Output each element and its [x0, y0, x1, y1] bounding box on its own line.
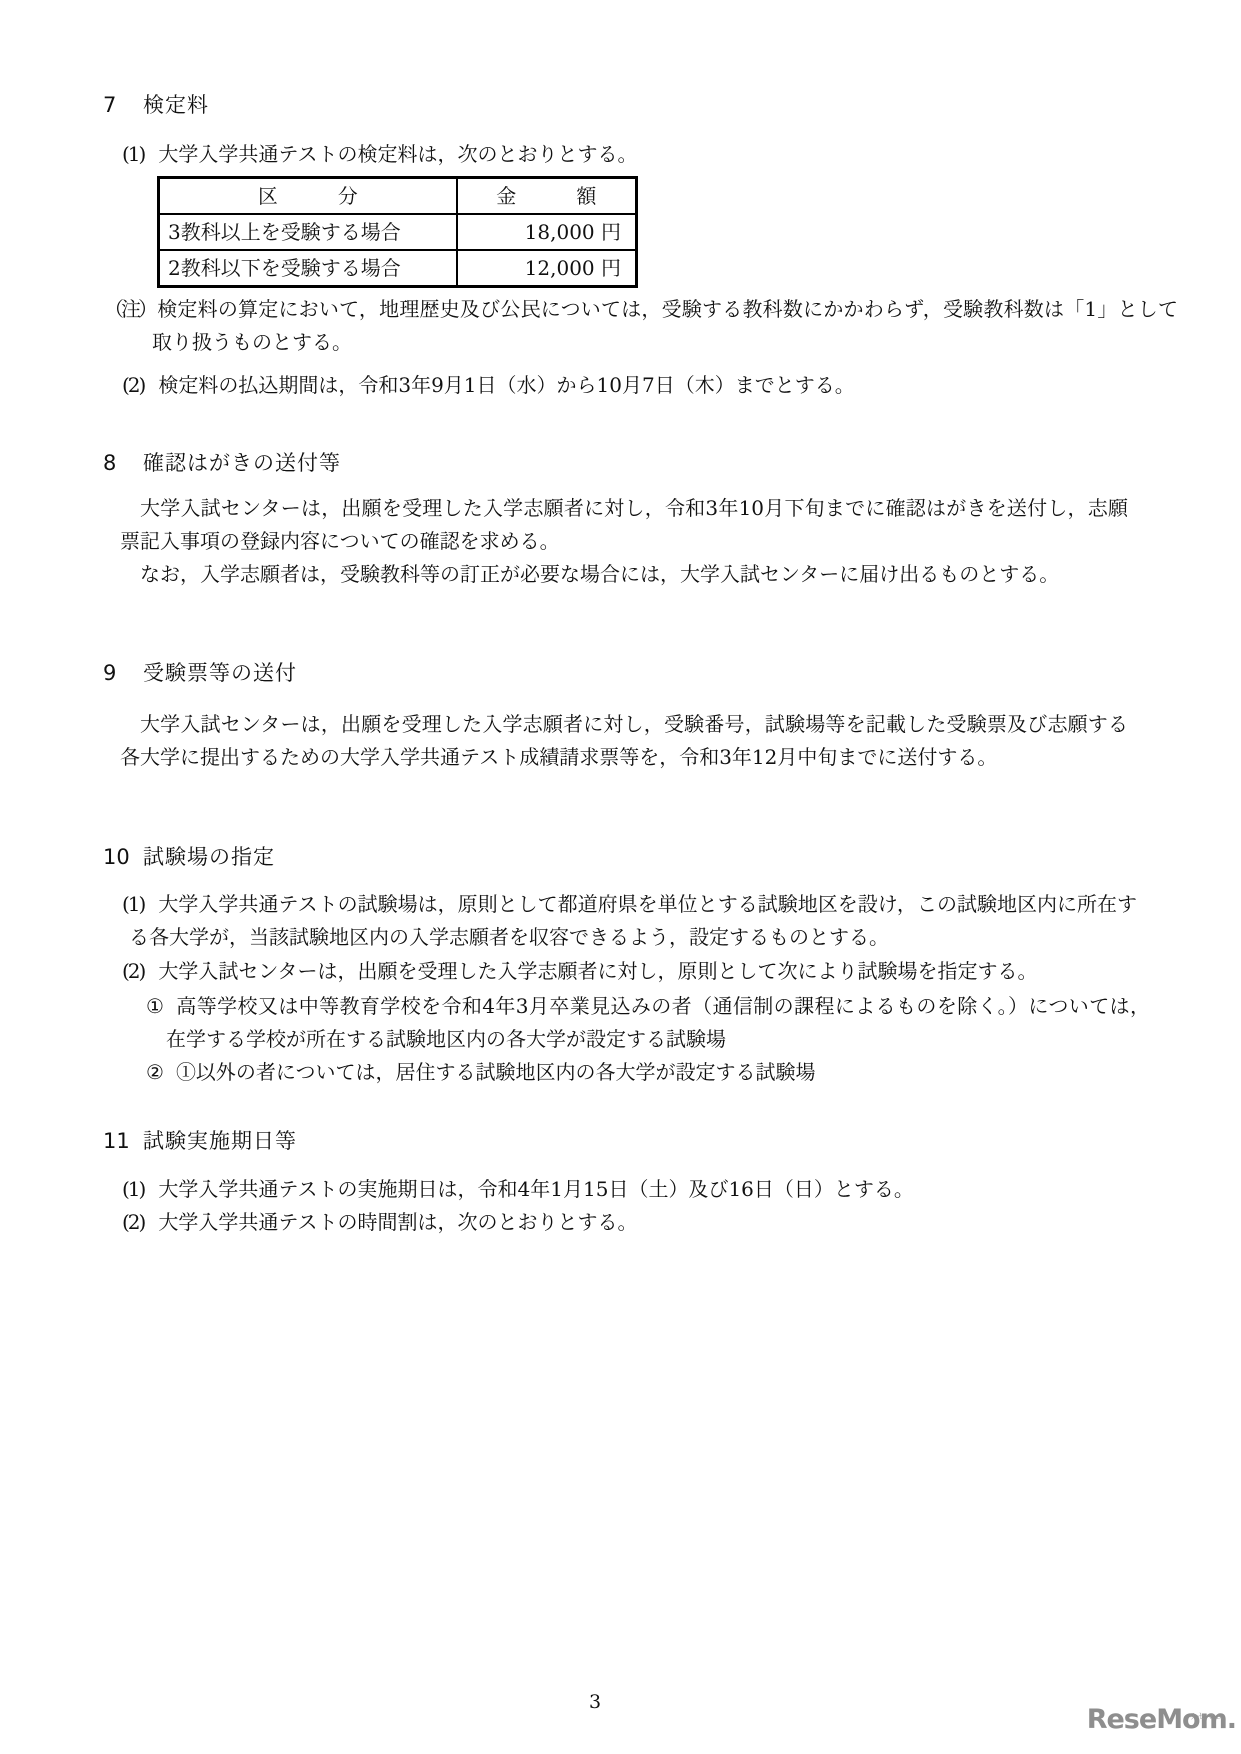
subitem-text: 高等学校又は中等教育学校を令和4年3月卒業見込みの者（通信制の課程によるものを除… — [166, 994, 1150, 1051]
section-7-title: 検定料 — [143, 93, 209, 117]
item-marker: (1) — [122, 138, 144, 171]
section-10-subitem-2: ②①以外の者については，居住する試験地区内の各大学が設定する試験場 — [146, 1056, 1150, 1089]
fee-amount: 12,000 円 — [457, 250, 637, 287]
section-8-number: 8 — [103, 450, 143, 476]
item-text: 大学入学共通テストの試験場は，原則として都道府県を単位とする試験地区を設け，この… — [129, 892, 1137, 949]
section-10-item-2: (2)大学入試センターは，出願を受理した入学志願者に対し，原則として次により試験… — [122, 955, 1137, 988]
subitem-text: ①以外の者については，居住する試験地区内の各大学が設定する試験場 — [176, 1060, 816, 1084]
paragraph: なお，入学志願者は，受験教科等の訂正が必要な場合には，大学入試センターに届け出る… — [120, 558, 1128, 591]
item-text: 大学入学共通テストの時間割は，次のとおりとする。 — [158, 1210, 637, 1234]
fee-category: 2教科以下を受験する場合 — [159, 250, 457, 287]
section-7-number: 7 — [103, 92, 143, 118]
section-7-heading: 7検定料 — [103, 92, 209, 118]
section-8-title: 確認はがきの送付等 — [143, 451, 341, 475]
section-9-number: 9 — [103, 660, 143, 686]
fee-table-header-row: 区 分 金 額 — [159, 178, 637, 215]
section-11-item-2: (2)大学入学共通テストの時間割は，次のとおりとする。 — [122, 1206, 1137, 1239]
section-10-number: 10 — [103, 844, 143, 870]
circled-2-marker: ② — [146, 1056, 164, 1089]
section-9-heading: 9受験票等の送付 — [103, 660, 297, 686]
item-marker: (2) — [122, 955, 144, 988]
resemom-ruby-text: リセマム — [1188, 1697, 1224, 1737]
resemom-watermark-logo: リセマムReseMom. — [1087, 1700, 1236, 1740]
fee-table-row: 3教科以上を受験する場合 18,000 円 — [159, 214, 637, 250]
fee-table-header-category: 区 分 — [159, 178, 457, 215]
item-marker: (2) — [122, 369, 144, 402]
note-marker: （注） — [104, 293, 155, 326]
fee-category: 3教科以上を受験する場合 — [159, 214, 457, 250]
section-8-heading: 8確認はがきの送付等 — [103, 450, 341, 476]
section-11-number: 11 — [103, 1128, 143, 1154]
section-10-heading: 10試験場の指定 — [103, 844, 275, 870]
section-10-item-1: (1)大学入学共通テストの試験場は，原則として都道府県を単位とする試験地区を設け… — [122, 888, 1137, 954]
section-7-item-2: (2)検定料の払込期間は，令和3年9月1日（水）から10月7日（木）までとする。 — [122, 369, 1137, 402]
item-text: 大学入学共通テストの検定料は，次のとおりとする。 — [158, 142, 637, 166]
section-9-title: 受験票等の送付 — [143, 661, 297, 685]
section-11-title: 試験実施期日等 — [143, 1129, 297, 1153]
fee-amount: 18,000 円 — [457, 214, 637, 250]
page-number: 3 — [0, 1686, 1190, 1719]
item-text: 大学入試センターは，出願を受理した入学志願者に対し，原則として次により試験場を指… — [158, 959, 1037, 983]
item-marker: (1) — [122, 888, 144, 921]
document-page: 7検定料 (1)大学入学共通テストの検定料は，次のとおりとする。 区 分 金 額… — [0, 0, 1241, 1754]
item-text: 検定料の払込期間は，令和3年9月1日（水）から10月7日（木）までとする。 — [158, 373, 854, 397]
note-text: 検定料の算定において，地理歴史及び公民については，受験する教科数にかかわらず，受… — [152, 297, 1178, 354]
section-8-body: 大学入試センターは，出願を受理した入学志願者に対し，令和3年10月下旬までに確認… — [120, 492, 1128, 591]
item-text: 大学入学共通テストの実施期日は，令和4年1月15日（土）及び16日（日）とする。 — [158, 1177, 914, 1201]
section-11-heading: 11試験実施期日等 — [103, 1128, 297, 1154]
item-marker: (1) — [122, 1173, 144, 1206]
fee-table: 区 分 金 額 3教科以上を受験する場合 18,000 円 2教科以下を受験する… — [157, 176, 638, 288]
fee-table-header-amount: 金 額 — [457, 178, 637, 215]
section-7-item-1: (1)大学入学共通テストの検定料は，次のとおりとする。 — [122, 138, 1137, 171]
fee-table-row: 2教科以下を受験する場合 12,000 円 — [159, 250, 637, 287]
section-10-title: 試験場の指定 — [143, 845, 275, 869]
section-9-body: 大学入試センターは，出願を受理した入学志願者に対し，受験番号，試験場等を記載した… — [120, 708, 1128, 774]
section-7-note: （注）検定料の算定において，地理歴史及び公民については，受験する教科数にかかわら… — [104, 293, 1178, 359]
item-marker: (2) — [122, 1206, 144, 1239]
paragraph: 大学入試センターは，出願を受理した入学志願者に対し，令和3年10月下旬までに確認… — [120, 492, 1128, 558]
paragraph: 大学入試センターは，出願を受理した入学志願者に対し，受験番号，試験場等を記載した… — [120, 708, 1128, 774]
section-11-item-1: (1)大学入学共通テストの実施期日は，令和4年1月15日（土）及び16日（日）と… — [122, 1173, 1137, 1206]
circled-1-marker: ① — [146, 990, 164, 1023]
section-10-subitem-1: ①高等学校又は中等教育学校を令和4年3月卒業見込みの者（通信制の課程によるものを… — [146, 990, 1150, 1056]
